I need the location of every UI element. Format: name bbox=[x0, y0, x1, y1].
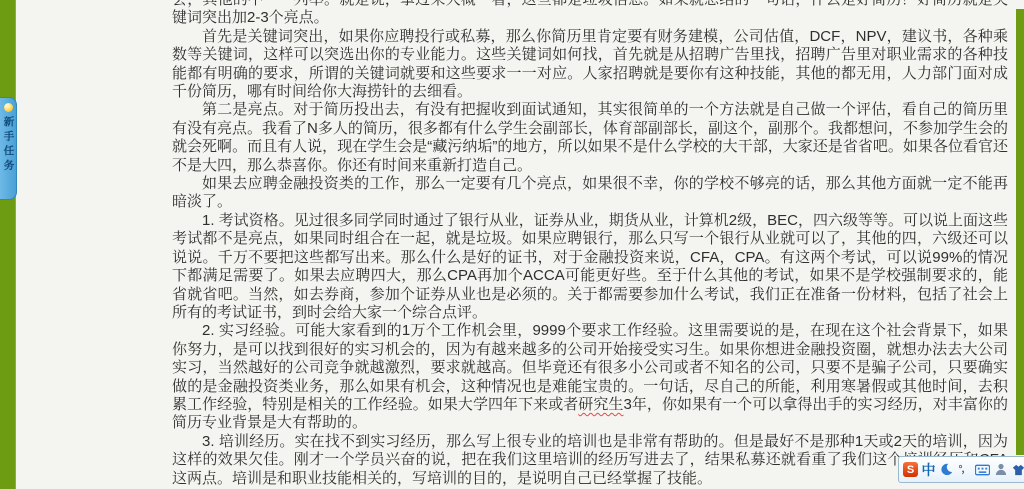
spellcheck-flagged-word: 研究生 bbox=[578, 396, 623, 413]
paragraph: 2. 实习经验。可能大家看到的1万个工作机会里，9999个要求工作经验。这里需要… bbox=[172, 322, 1008, 432]
moon-glyph bbox=[940, 463, 953, 476]
paragraph: 3. 培训经历。实在找不到实习经历，那么写上很专业的培训也是非常有帮助的。但是最… bbox=[172, 433, 1008, 488]
paragraph: 第二是亮点。对于简历投出去，有没有把握收到面试通知，其实很简单的一个方法就是自己… bbox=[172, 101, 1008, 175]
ime-toolbar: S 中 °， bbox=[898, 456, 1024, 483]
skin-icon[interactable] bbox=[1011, 461, 1024, 478]
text-segment: 会，其他的不一一列举。就是说，拿过来大概一看，这些都是垃圾信息。如果就总结的一句… bbox=[172, 0, 1008, 26]
paragraph: 如果去应聘金融投资类的工作，那么一定要有几个亮点，如果很不幸，你的学校不够亮的话… bbox=[172, 175, 1008, 212]
newbie-task-side-tab[interactable]: 新手任务 bbox=[0, 97, 17, 200]
text-segment: 如果去应聘金融投资类的工作，那么一定要有几个亮点，如果很不幸，你的学校不够亮的话… bbox=[172, 175, 1008, 210]
text-segment: 首先是关键词突出，如果你应聘投行或私募，那么你简历里肯定要有财务建模，公司估值，… bbox=[172, 28, 1008, 100]
soft-keyboard-icon[interactable] bbox=[975, 461, 990, 478]
text-segment: 3. 培训经历。实在找不到实习经历，那么写上很专业的培训也是非常有帮助的。但是最… bbox=[172, 433, 1008, 487]
account-icon[interactable] bbox=[993, 461, 1008, 478]
document-text[interactable]: 会，其他的不一一列举。就是说，拿过来大概一看，这些都是垃圾信息。如果就总结的一句… bbox=[172, 0, 1008, 488]
person-glyph bbox=[995, 463, 1007, 476]
punctuation-label: °， bbox=[959, 465, 971, 475]
desktop-edge-left bbox=[0, 0, 16, 489]
desktop-edge-right bbox=[1016, 9, 1024, 455]
paragraph: 会，其他的不一一列举。就是说，拿过来大概一看，这些都是垃圾信息。如果就总结的一句… bbox=[172, 0, 1008, 28]
text-segment: 1. 考试资格。见过很多同学同时通过了银行从业，证券从业，期货从业，计算机2级，… bbox=[172, 212, 1008, 321]
chinese-mode-label: 中 bbox=[922, 463, 936, 477]
shirt-glyph bbox=[1012, 464, 1024, 476]
punctuation-mode-button[interactable]: °， bbox=[957, 461, 972, 478]
sogou-logo-glyph: S bbox=[903, 462, 918, 477]
screen: { "colors": { "desktop_edge_green": "#6d… bbox=[0, 0, 1024, 489]
sogou-logo-icon[interactable]: S bbox=[903, 461, 918, 478]
paragraph: 首先是关键词突出，如果你应聘投行或私募，那么你简历里肯定要有财务建模，公司估值，… bbox=[172, 28, 1008, 102]
keyboard-glyph bbox=[975, 464, 990, 476]
side-tab-label: 新手任务 bbox=[3, 116, 14, 174]
paragraph: 1. 考试资格。见过很多同学同时通过了银行从业，证券从业，期货从业，计算机2级，… bbox=[172, 212, 1008, 322]
chinese-mode-button[interactable]: 中 bbox=[921, 461, 936, 478]
bulb-icon bbox=[4, 103, 13, 112]
text-segment: 第二是亮点。对于简历投出去，有没有把握收到面试通知，其实很简单的一个方法就是自己… bbox=[172, 101, 1008, 173]
fullwidth-moon-icon[interactable] bbox=[939, 461, 954, 478]
